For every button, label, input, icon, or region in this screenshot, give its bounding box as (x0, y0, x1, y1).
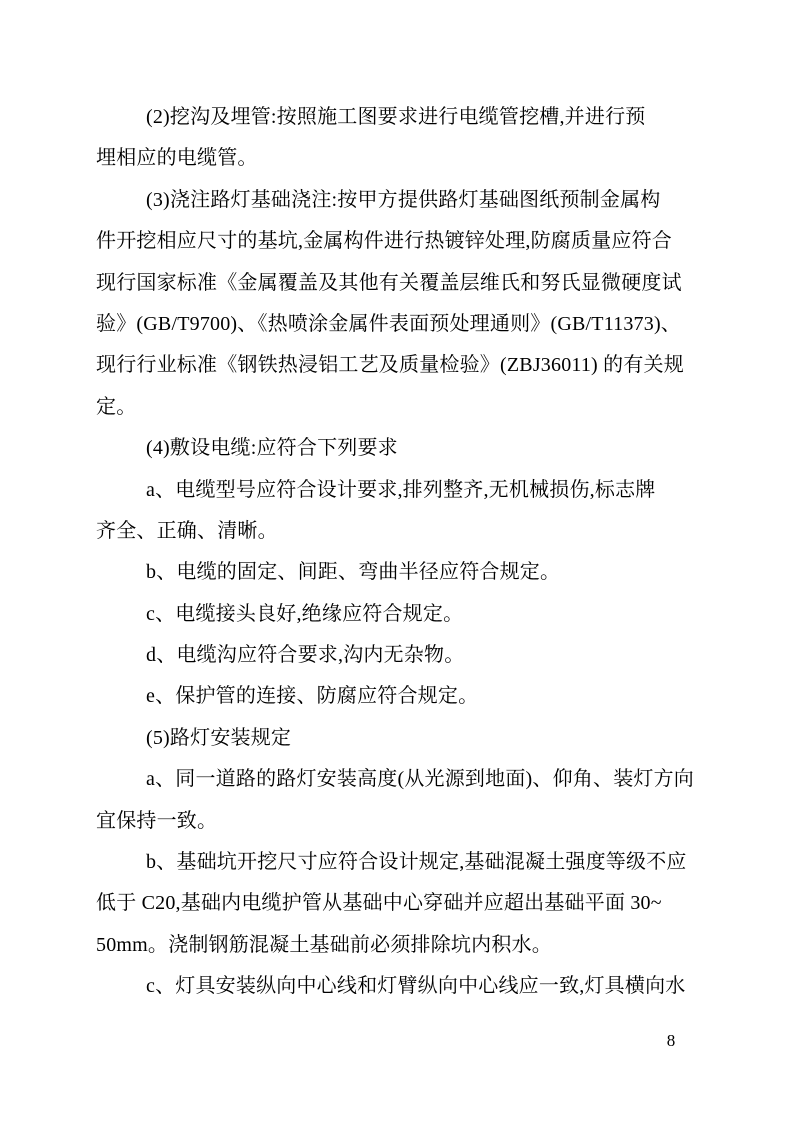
page-number: 8 (660, 1029, 682, 1053)
text-line: 埋相应的电缆管。 (96, 138, 708, 179)
text-line: 定。 (96, 387, 708, 428)
text-line: a、电缆型号应符合设计要求,排列整齐,无机械损伤,标志牌 (96, 470, 708, 511)
text-line: c、灯具安装纵向中心线和灯臂纵向中心线应一致,灯具横向水 (96, 966, 708, 1007)
text-line: b、电缆的固定、间距、弯曲半径应符合规定。 (96, 552, 708, 593)
document-page: (2)挖沟及埋管:按照施工图要求进行电缆管挖槽,并进行预埋相应的电缆管。(3)浇… (0, 0, 793, 1122)
text-line: b、基础坑开挖尺寸应符合设计规定,基础混凝土强度等级不应 (96, 842, 708, 883)
text-line: c、电缆接头良好,绝缘应符合规定。 (96, 594, 708, 635)
text-line: 现行国家标准《金属覆盖及其他有关覆盖层维氏和努氏显微硬度试 (96, 263, 708, 304)
text-line: a、同一道路的路灯安装高度(从光源到地面)、仰角、装灯方向 (96, 759, 708, 800)
text-line: (4)敷设电缆:应符合下列要求 (96, 428, 708, 469)
text-line: 50mm。浇制钢筋混凝土基础前必须排除坑内积水。 (96, 925, 708, 966)
text-line: 宜保持一致。 (96, 801, 708, 842)
text-line: (2)挖沟及埋管:按照施工图要求进行电缆管挖槽,并进行预 (96, 97, 708, 138)
text-line: 齐全、正确、清晰。 (96, 511, 708, 552)
document-body: (2)挖沟及埋管:按照施工图要求进行电缆管挖槽,并进行预埋相应的电缆管。(3)浇… (96, 97, 708, 1008)
text-line: (5)路灯安装规定 (96, 718, 708, 759)
text-line: d、电缆沟应符合要求,沟内无杂物。 (96, 635, 708, 676)
text-line: (3)浇注路灯基础浇注:按甲方提供路灯基础图纸预制金属构 (96, 180, 708, 221)
text-line: e、保护管的连接、防腐应符合规定。 (96, 676, 708, 717)
text-line: 验》(GB/T9700)、《热喷涂金属件表面预处理通则》(GB/T11373)、 (96, 304, 708, 345)
text-line: 低于 C20,基础内电缆护管从基础中心穿础并应超出基础平面 30~ (96, 883, 708, 924)
text-line: 现行行业标准《钢铁热浸铝工艺及质量检验》(ZBJ36011) 的有关规 (96, 345, 708, 386)
text-line: 件开挖相应尺寸的基坑,金属构件进行热镀锌处理,防腐质量应符合 (96, 221, 708, 262)
